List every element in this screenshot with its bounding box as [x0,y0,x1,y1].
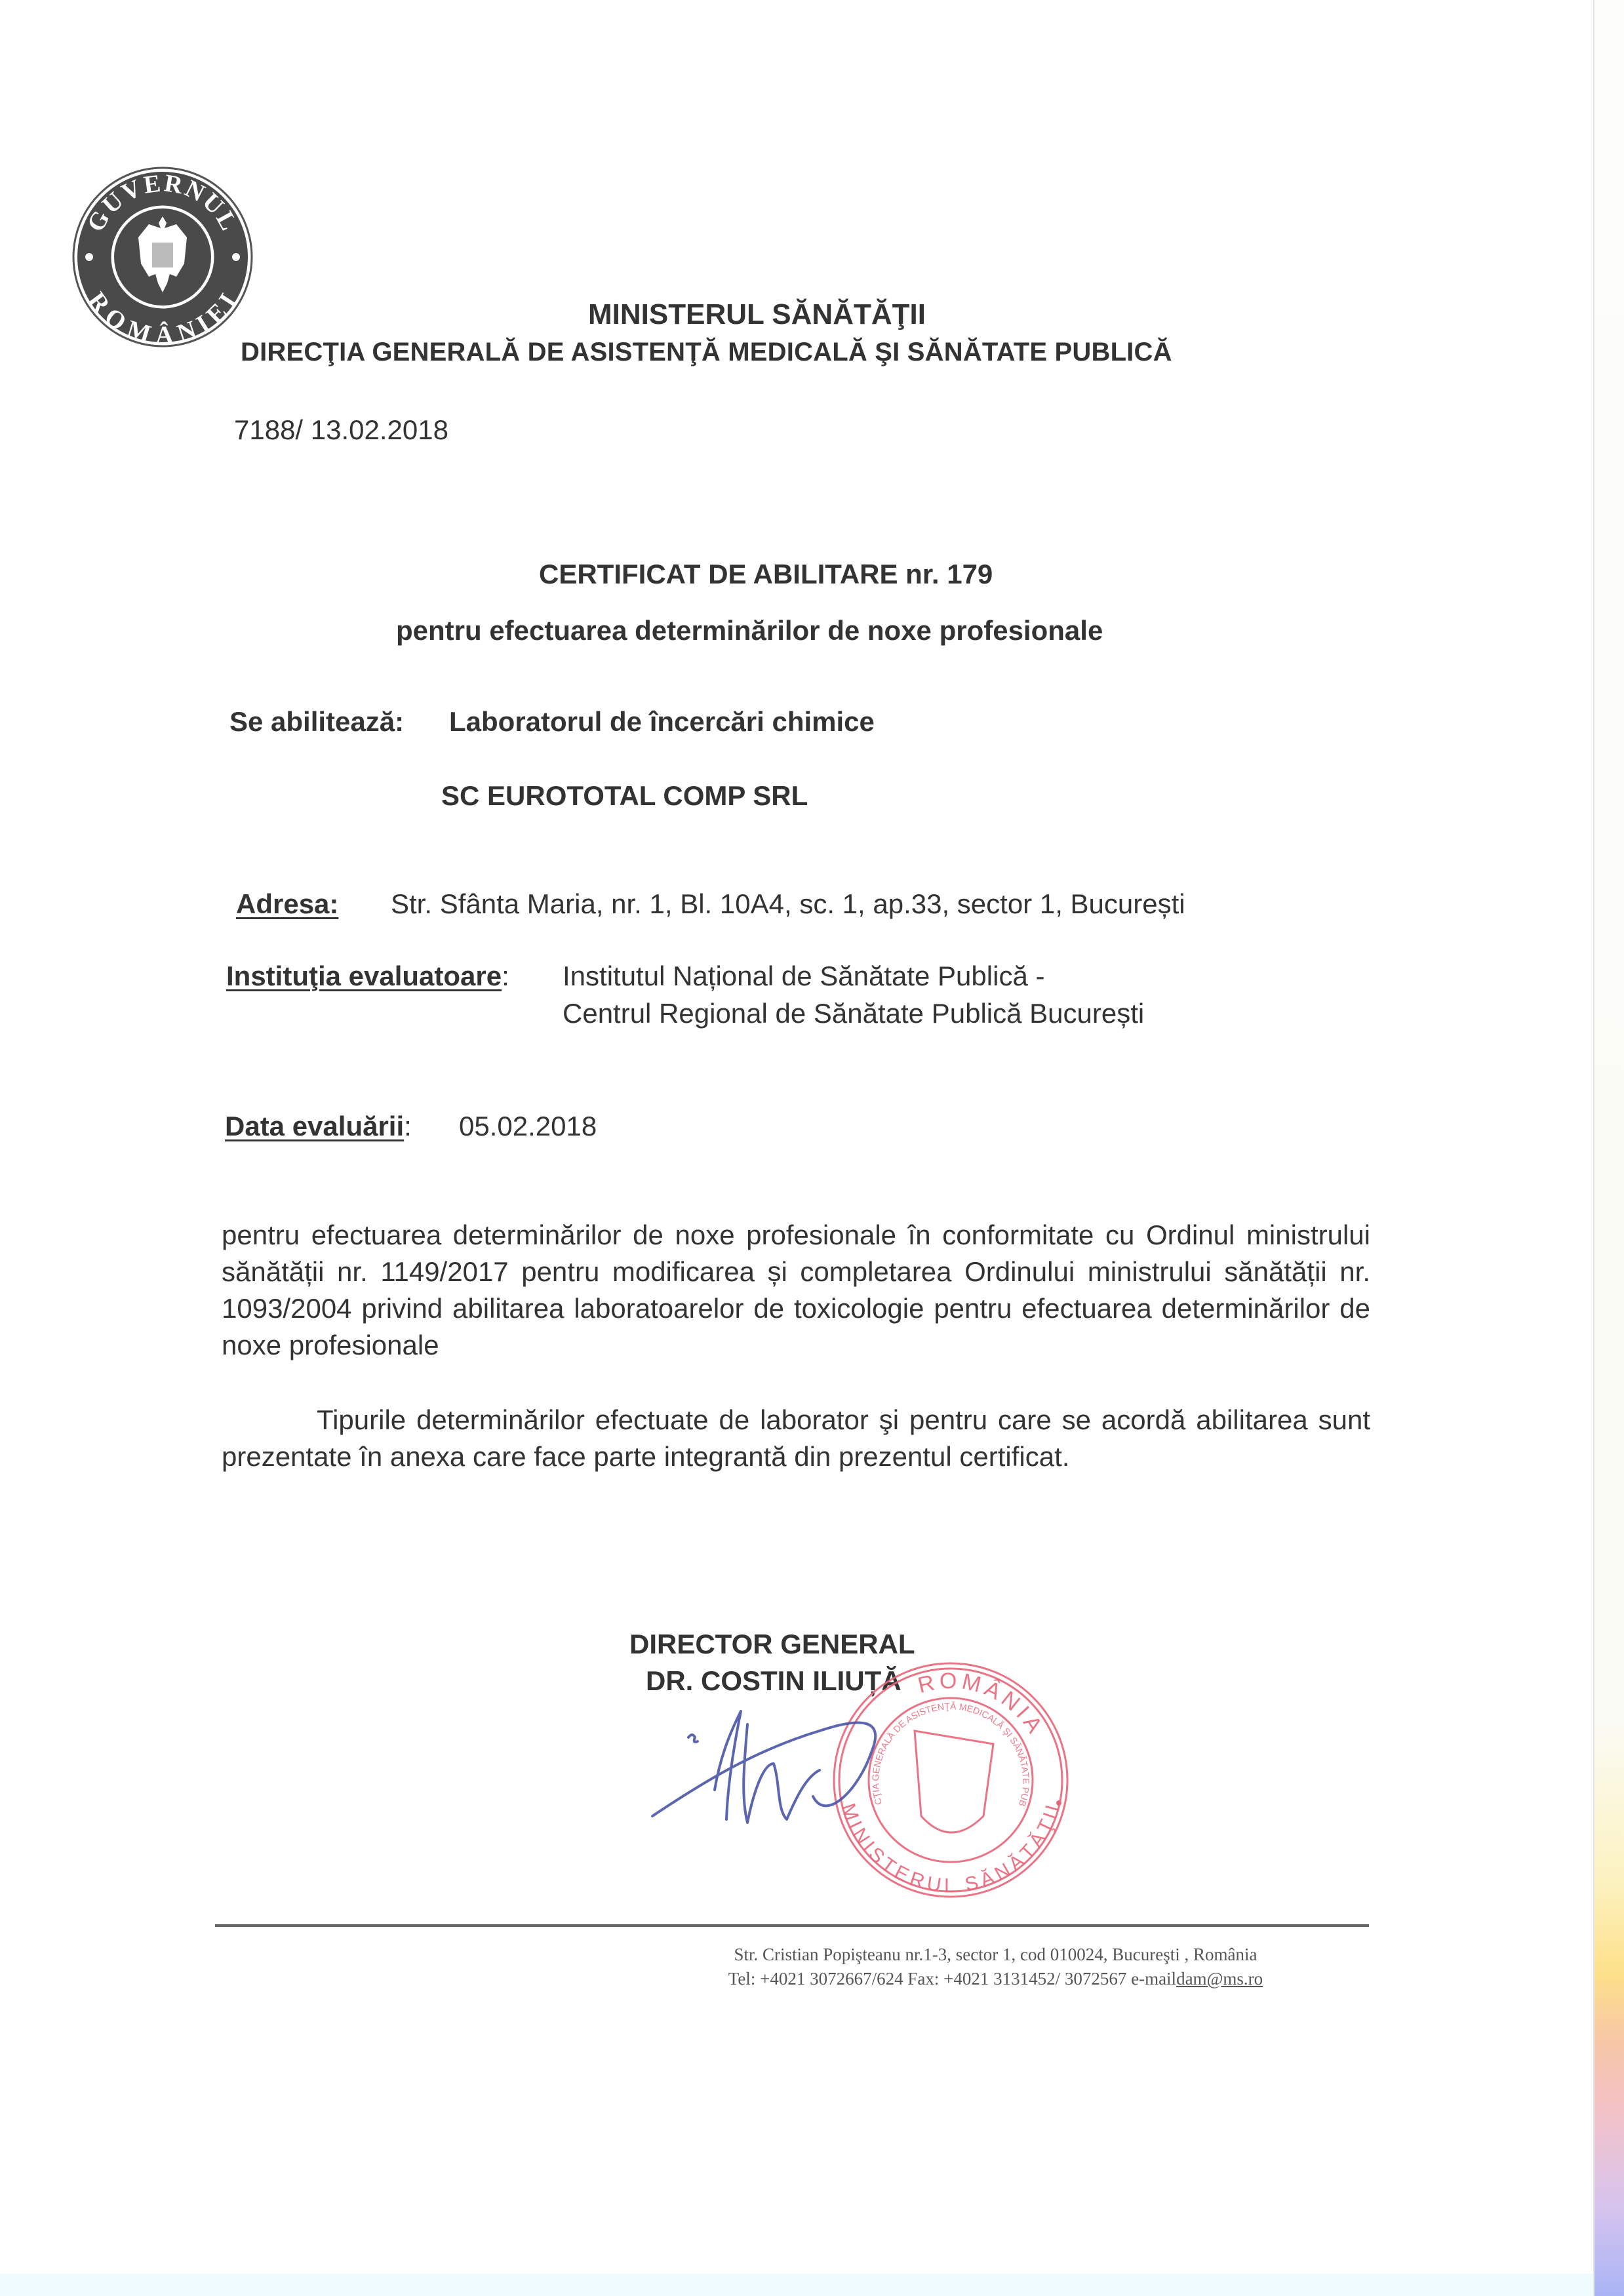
footer-contact: Tel: +4021 3072667/624 Fax: +4021 313145… [184,1969,1624,1989]
certificate-subtitle: pentru efectuarea determinărilor de noxe… [396,615,1103,646]
institution-value-line2: Centrul Regional de Sănătate Publică Buc… [563,998,1144,1029]
evaluation-date: 05.02.2018 [459,1111,597,1142]
footer-address: Str. Cristian Popişteanu nr.1-3, sector … [184,1945,1624,1965]
reference-number: 7188/ 13.02.2018 [234,414,448,446]
footer-phone-fax: Tel: +4021 3072667/624 Fax: +4021 313145… [728,1969,1176,1989]
scan-bottom-artifact [0,2274,1593,2296]
government-seal-icon: GUVERNUL ROMÂNIEI [71,165,254,349]
address-label: Adresa: [236,888,338,920]
authorized-value: Laboratorul de încercări chimice [449,706,875,738]
address-value: Str. Sfânta Maria, nr. 1, Bl. 10A4, sc. … [391,888,1185,920]
direction-title: DIRECŢIA GENERALĂ DE ASISTENŢĂ MEDICALĂ … [241,338,1172,367]
institution-colon: : [502,960,509,991]
institution-label: Instituţia evaluatoare [226,960,502,991]
footer-divider [215,1924,1369,1927]
certificate-title: CERTIFICAT DE ABILITARE nr. 179 [539,559,993,590]
company-name: SC EUROTOTAL COMP SRL [441,780,808,812]
institution-value-line1: Institutul Național de Sănătate Publică … [563,960,1044,992]
legal-basis-paragraph: pentru efectuarea determinărilor de noxe… [222,1217,1370,1364]
signature-icon [649,1698,924,1855]
annex-paragraph: Tipurile determinărilor efectuate de lab… [222,1402,1370,1475]
authorized-label: Se abilitează: [229,706,404,738]
evaluation-label-row: Data evaluării: [225,1111,412,1142]
evaluation-colon: : [404,1111,412,1141]
footer-email-link[interactable]: dam@ms.ro [1176,1969,1263,1989]
institution-label-row: Instituţia evaluatoare: [226,960,509,992]
evaluation-label: Data evaluării [225,1111,404,1141]
